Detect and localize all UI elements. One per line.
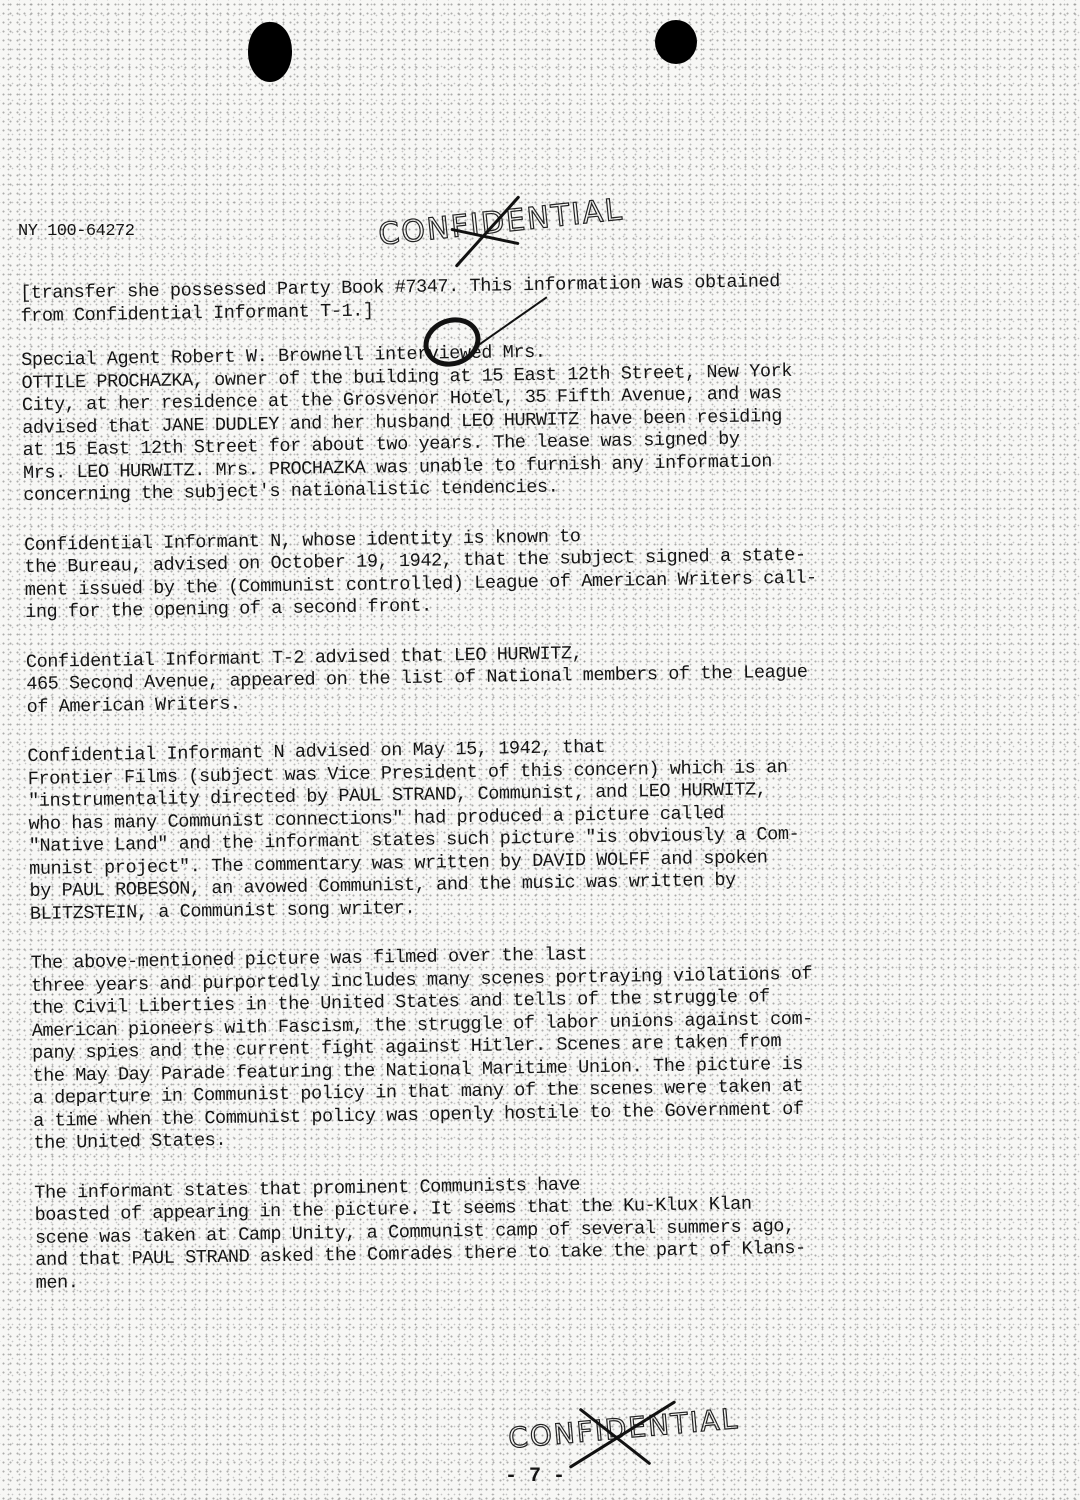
document-body: [transfer she possessed Party Book #7347… <box>20 268 976 1322</box>
paragraph: Confidential Informant N advised on May … <box>27 731 970 926</box>
handwritten-x-mark <box>560 1395 680 1475</box>
handwritten-x-mark <box>440 190 530 270</box>
paragraph: Special Agent Robert W. Brownell intervi… <box>21 335 963 507</box>
paragraph: Confidential Informant T-2 advised that … <box>26 637 967 719</box>
file-number: NY 100-64272 <box>18 222 134 241</box>
paragraph: [transfer she possessed Party Book #7347… <box>20 268 961 328</box>
punch-hole <box>248 22 292 82</box>
paragraph: The above-mentioned picture was filmed o… <box>31 938 974 1155</box>
punch-hole <box>655 20 697 64</box>
paragraph: Confidential Informant N, whose identity… <box>24 520 965 625</box>
page-number: - 7 - <box>505 1465 565 1488</box>
paragraph: The informant states that prominent Comm… <box>34 1168 976 1295</box>
